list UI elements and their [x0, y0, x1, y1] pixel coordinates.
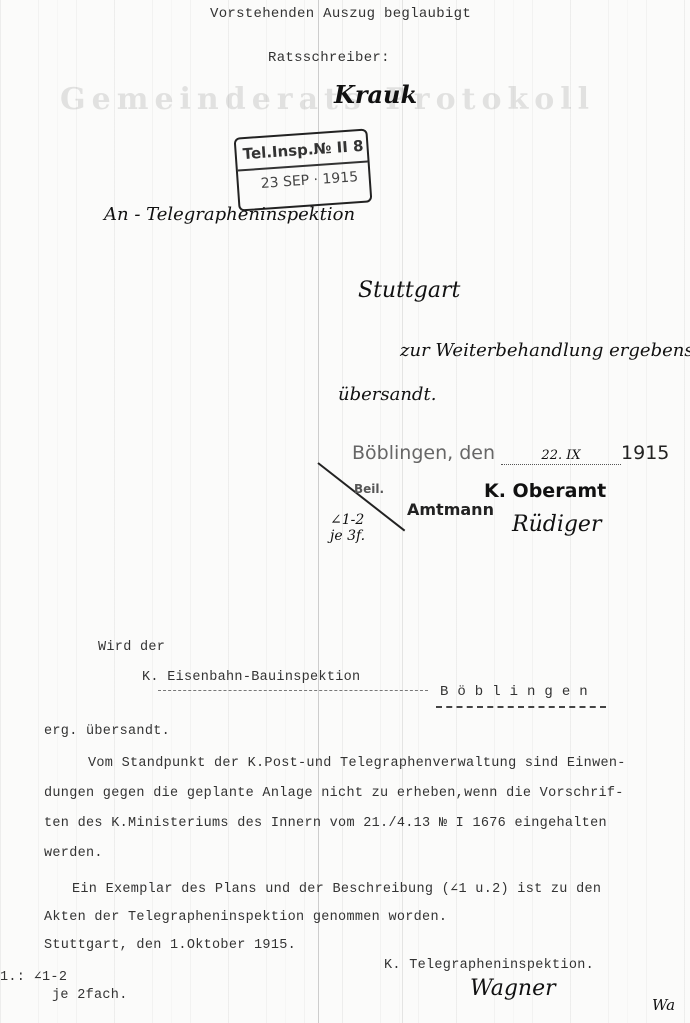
- city-underline: [436, 706, 606, 708]
- handwritten-addressee: An - Telegrapheninspektion: [104, 204, 355, 225]
- date-handwritten: 22. IX: [541, 448, 580, 463]
- handwritten-city: Stuttgart: [358, 278, 460, 303]
- receipt-stamp: Tel.Insp.№ II 8 23 SEP · 1915: [234, 128, 373, 211]
- clerk-signature: Krauk: [334, 80, 417, 109]
- place-date-prefix: Böblingen, den: [352, 442, 495, 464]
- intro-text: Wird der: [98, 640, 165, 655]
- para1-line: dungen gegen die geplante Anlage nicht z…: [44, 786, 624, 801]
- para1-line: Vom Standpunkt der K.Post-und Telegraphe…: [88, 756, 626, 771]
- recipient-city: B ö b l i n g e n: [440, 684, 588, 700]
- handwritten-line1: zur Weiterbehandlung ergebenst: [400, 340, 690, 361]
- para2-line: Ein Exemplar des Plans und der Beschreib…: [72, 880, 601, 897]
- enclosure-label: Beil.: [354, 482, 384, 496]
- stamp-number: Tel.Insp.№ II 8: [242, 137, 364, 163]
- para1-line: werden.: [44, 846, 103, 861]
- handwritten-line2: übersandt.: [338, 384, 436, 405]
- amtmann-signature: Rüdiger: [512, 512, 601, 537]
- letterhead-ghost: Gemeinderats-Protokoll: [60, 82, 595, 117]
- date-line: Stuttgart, den 1.Oktober 1915.: [44, 938, 296, 953]
- fold-line: [402, 0, 403, 1023]
- initials: Wa: [652, 996, 675, 1014]
- oberamt-place-date: Böblingen, den 22. IX1915: [352, 442, 669, 465]
- office-name: K. Oberamt: [484, 480, 606, 502]
- sender-signature: Wagner: [470, 976, 556, 1001]
- recipient: K. Eisenbahn-Bauinspektion: [142, 670, 360, 685]
- year: 1915: [621, 442, 669, 464]
- sender: K. Telegrapheninspektion.: [384, 958, 594, 973]
- leader-line: [158, 690, 428, 691]
- para2-line: Akten der Telegrapheninspektion genommen…: [44, 910, 447, 925]
- enclosure-line-1: 1.: ∠1-2: [0, 968, 67, 985]
- stamp-date: 23 SEP · 1915: [260, 169, 358, 192]
- para1-line: ten des K.Ministeriums des Innern vom 21…: [44, 816, 607, 831]
- forwarded-text: erg. übersandt.: [44, 724, 170, 739]
- official-title: Amtmann: [407, 500, 494, 519]
- enclosure-line-2: je 2fach.: [52, 988, 128, 1003]
- certification-text: Vorstehenden Auszug beglaubigt: [210, 6, 471, 22]
- enclosure-note: ∠1-2 je 3f.: [330, 512, 380, 544]
- clerk-label: Ratsschreiber:: [268, 50, 390, 66]
